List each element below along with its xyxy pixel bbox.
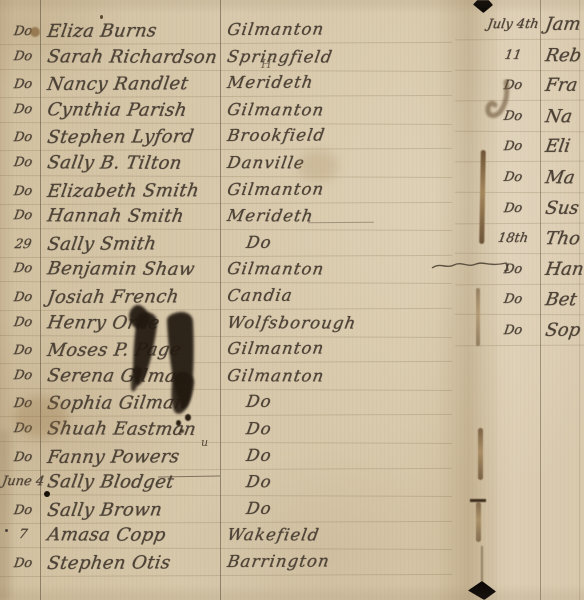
entry-name: Stephen Lyford — [46, 128, 195, 147]
entry-name: Sally Blodget — [46, 473, 175, 492]
entry-date: Do — [483, 323, 543, 336]
register-row: DoHan — [455, 252, 584, 284]
entry-town: Candia — [226, 288, 294, 305]
entry-town: Merideth — [226, 208, 315, 225]
entry-town: Gilmanton — [226, 261, 326, 278]
entry-name: Sally B. Tilton — [46, 154, 183, 173]
entry-date: Do — [483, 140, 543, 153]
register-row: 7Amasa CoppWakefield — [0, 520, 452, 550]
entry-name: Serena Gilman — [46, 367, 190, 386]
entry-name: Amasa Copp — [46, 526, 167, 545]
entry-name: Jam — [544, 15, 582, 33]
entry-town: Do — [245, 447, 273, 464]
binding-stitch — [476, 502, 481, 542]
entry-date: Do — [483, 79, 543, 92]
entry-town: Gilmanton — [226, 341, 325, 358]
register-row: DoSus — [455, 191, 584, 223]
register-row: 11Reb — [455, 38, 584, 70]
entry-name: Josiah French — [46, 288, 180, 307]
entry-town: Gilmanton — [226, 181, 325, 198]
entry-name: Bet — [544, 291, 578, 309]
entry-date: Do — [1, 557, 45, 570]
entry-date: Do — [1, 102, 45, 115]
register-row: DoSally BrownDo — [0, 494, 452, 524]
register-row: DoSop — [455, 314, 584, 346]
register-row: DoNancy RandletMerideth — [0, 68, 452, 98]
register-page: DoEliza BurnsGilmantonDoSarah Richardson… — [0, 0, 584, 600]
register-row: DoMa — [455, 161, 584, 193]
entry-town: Wakefield — [226, 527, 321, 544]
entry-town: Wolfsborough — [226, 315, 358, 332]
register-row: DoJosiah FrenchCandia — [0, 281, 452, 311]
register-row: DoHenry OrneWolfsborough — [0, 308, 452, 338]
entry-date: Do — [1, 156, 45, 169]
register-row: DoBet — [455, 283, 584, 315]
register-row: DoFra — [455, 69, 584, 101]
register-row: DoHannah SmithMerideth — [0, 201, 452, 231]
entry-town: Do — [245, 501, 273, 518]
register-row: DoEliza BurnsGilmanton — [0, 15, 452, 45]
entry-date: Do — [483, 201, 543, 214]
entry-town: Springfield — [226, 49, 334, 66]
entry-town: Gilmanton — [226, 368, 326, 385]
register-row: DoBenjamin ShawGilmanton — [0, 254, 452, 284]
entry-name: Nancy Randlet — [46, 75, 189, 94]
register-row: DoCynthia ParishGilmanton — [0, 95, 452, 125]
entry-town: Brookfield — [226, 128, 326, 145]
entry-name: Eli — [544, 138, 571, 156]
entry-date: Do — [1, 503, 45, 516]
register-row: DoSarah RichardsonSpringfield — [0, 42, 452, 72]
register-row: DoShuah EastmanDo — [0, 414, 452, 444]
register-row: DoStephen LyfordBrookfield — [0, 121, 452, 151]
entry-town: Do — [245, 235, 273, 252]
register-row: DoSerena GilmanGilmanton — [0, 361, 452, 391]
register-row: DoNa — [455, 100, 584, 132]
register-row: 18thTho — [455, 222, 584, 254]
entry-date: Do — [1, 131, 45, 144]
entry-date: Do — [1, 262, 45, 275]
register-row: DoFanny PowersDo — [0, 440, 452, 470]
entry-town: Do — [245, 394, 273, 411]
entry-name: Han — [544, 260, 584, 278]
entry-name: Sally Smith — [46, 235, 158, 254]
register-row: DoStephen OtisBarrington — [0, 547, 452, 577]
register-row: June 4Sally BlodgetDo — [0, 467, 452, 497]
entry-name: Henry Orne — [46, 313, 161, 331]
entry-name: Eliza Burns — [46, 22, 158, 41]
register-row: DoSally B. TiltonDanville — [0, 148, 452, 178]
binding-stitch — [478, 428, 483, 480]
entry-date: June 4 — [1, 475, 45, 488]
entry-name: Sally Brown — [46, 501, 163, 520]
entry-name: Tho — [544, 230, 581, 248]
entry-town: Gilmanton — [226, 102, 326, 119]
register-row: DoSophia GilmanDo — [0, 387, 452, 417]
register-row: July 4thJam — [455, 8, 584, 40]
entry-name: Ma — [544, 169, 576, 187]
binding-thread-icon — [481, 546, 483, 582]
entry-date: Do — [483, 170, 543, 183]
register-row: DoMoses P. PageGilmanton — [0, 334, 452, 364]
entry-name: Sophia Gilman — [46, 394, 188, 413]
entry-name: Cynthia Parish — [46, 101, 188, 120]
binding-thread-icon — [468, 581, 496, 600]
entry-date: Do — [1, 368, 45, 381]
entry-date: Do — [1, 49, 45, 62]
entry-town: Gilmanton — [226, 22, 325, 39]
entry-name: Moses P. Page — [46, 341, 182, 360]
entry-date: Do — [1, 25, 45, 38]
entry-date: Do — [1, 397, 45, 410]
entry-name: Reb — [544, 46, 583, 64]
register-row: 29Sally SmithDo — [0, 228, 452, 258]
register-row: DoEli — [455, 130, 584, 162]
entry-name: Stephen Otis — [46, 554, 172, 573]
entry-town: Danville — [226, 155, 306, 172]
entry-date: Do — [483, 109, 543, 122]
entry-name: Fanny Powers — [46, 447, 181, 466]
entry-town: Merideth — [226, 75, 315, 92]
entry-date: July 4th — [483, 17, 543, 30]
entry-name: Sus — [544, 199, 580, 217]
binding-stitch — [470, 499, 486, 502]
entry-name: Na — [544, 108, 573, 126]
entry-date: Do — [1, 450, 45, 463]
entry-date: Do — [483, 293, 543, 306]
entry-date: 29 — [1, 237, 45, 250]
register-row: DoElizabeth SmithGilmanton — [0, 174, 452, 204]
entry-date: Do — [1, 422, 45, 435]
entry-date: Do — [1, 315, 45, 328]
entry-date: Do — [1, 209, 45, 222]
entry-name: Benjamin Shaw — [46, 260, 196, 279]
entry-date: Do — [1, 184, 45, 197]
entry-town: Barrington — [226, 554, 331, 571]
entry-name: Sarah Richardson — [46, 47, 219, 66]
entry-town: Do — [245, 421, 273, 438]
entry-town: Do — [245, 474, 273, 491]
entry-date: 11 — [483, 48, 543, 61]
entry-name: Elizabeth Smith — [46, 181, 200, 200]
entry-date: 7 — [1, 528, 45, 541]
entry-date: Do — [1, 291, 45, 304]
entry-date: Do — [483, 262, 543, 275]
entry-date: Do — [1, 78, 45, 91]
entry-date: Do — [1, 344, 45, 357]
entry-name: Sop — [544, 321, 581, 339]
entry-name: Fra — [544, 76, 579, 94]
entry-name: Shuah Eastman — [46, 420, 197, 439]
entry-date: 18th — [483, 232, 543, 245]
entry-name: Hannah Smith — [46, 207, 185, 226]
